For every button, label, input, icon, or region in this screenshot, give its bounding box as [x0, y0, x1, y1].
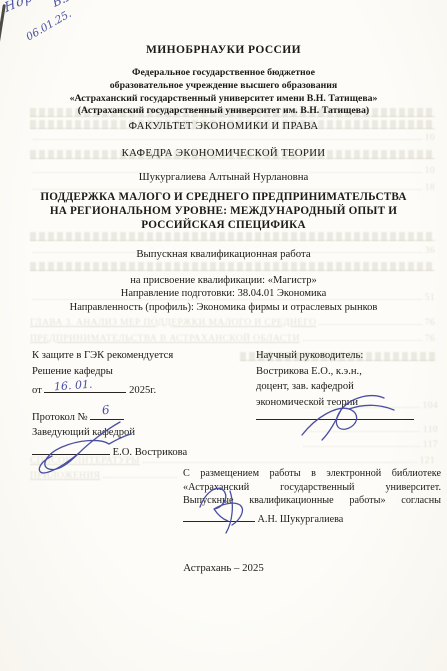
supervisor-signature — [286, 390, 406, 442]
institution-block: Федеральное государственное бюджетное об… — [0, 67, 447, 118]
dotted-leader — [319, 315, 421, 325]
ministry-heading: МИНОБРНАУКИ РОССИИ — [0, 44, 447, 56]
supervisor-label: Научный руководитель: — [256, 348, 436, 364]
handwritten-date-value: 16. 01. — [54, 377, 93, 395]
approval-date-prefix: от — [32, 385, 42, 396]
handwritten-norm-control-note: Нормоконтроль В.М 06.01.25. — [2, 0, 136, 41]
author-name: Шукургалиева Алтынай Нурлановна — [0, 171, 447, 183]
qualification-line: на присвоение квалификации: «Магистр» — [0, 274, 447, 287]
bleedthrough-line: ГЛАВА 3. АНАЛИЗ МЕР ПОДДЕРЖКИ МАЛОГО И С… — [30, 315, 435, 328]
department-head-signature — [32, 416, 144, 474]
handwritten-date: 06.01.25. — [24, 0, 133, 43]
approval-date-blank: 16. 01. — [44, 379, 126, 393]
supervisor-line: Вострикова Е.О., к.э.н., — [256, 364, 436, 380]
bleedthrough-page: 110 — [423, 425, 438, 435]
qualification-block: на присвоение квалификации: «Магистр» На… — [0, 274, 447, 314]
bleedthrough-bar — [30, 232, 435, 241]
bleedthrough-page: 10 — [425, 133, 435, 143]
thesis-title-page: 10 10 18 36 51 ГЛАВА 3. АНАЛИЗ МЕР ПОДДЕ… — [0, 0, 447, 671]
spacer — [32, 399, 247, 406]
department-heading: КАФЕДРА ЭКОНОМИЧЕСКОЙ ТЕОРИИ — [0, 147, 447, 159]
bleedthrough-bar — [30, 262, 435, 271]
dotted-leader — [303, 331, 422, 341]
bleedthrough-line: ПРЕДПРИНИМАТЕЛЬСТВА В АСТРАХАНСКОЙ ОБЛАС… — [30, 331, 435, 344]
bleedthrough-text: ПРЕДПРИНИМАТЕЛЬСТВА В АСТРАХАНСКОЙ ОБЛАС… — [30, 334, 300, 344]
work-type: Выпускная квалификационная работа — [0, 248, 447, 260]
approval-recommend: К защите в ГЭК рекомендуется — [32, 348, 247, 364]
approval-date-suffix: 2025г. — [129, 385, 156, 396]
institution-line: образовательное учреждение высшего образ… — [0, 80, 447, 93]
bleedthrough-text: ГЛАВА 3. АНАЛИЗ МЕР ПОДДЕРЖКИ МАЛОГО И С… — [30, 318, 316, 328]
bleedthrough-page: 117 — [423, 440, 438, 450]
institution-line: (Астраханский государственный университе… — [0, 105, 447, 118]
qualification-line: Направление подготовки: 38.04.01 Экономи… — [0, 287, 447, 300]
institution-line: Федеральное государственное бюджетное — [0, 67, 447, 80]
thesis-title: ПОДДЕРЖКА МАЛОГО И СРЕДНЕГО ПРЕДПРИНИМАТ… — [0, 190, 447, 232]
bleedthrough-page: 121 — [420, 456, 435, 466]
bleedthrough-page: 76 — [425, 318, 435, 328]
student-signature — [192, 477, 262, 535]
qualification-line: Направленность (профиль): Экономика фирм… — [0, 301, 447, 314]
institution-line: «Астраханский государственный университе… — [0, 93, 447, 106]
approval-decision: Решение кафедры — [32, 364, 247, 380]
thesis-title-line: РОССИЙСКАЯ СПЕЦИФИКА — [0, 218, 447, 232]
faculty-heading: ФАКУЛЬТЕТ ЭКОНОМИКИ И ПРАВА — [0, 120, 447, 132]
thesis-title-line: ПОДДЕРЖКА МАЛОГО И СРЕДНЕГО ПРЕДПРИНИМАТ… — [0, 190, 447, 204]
thesis-title-line: НА РЕГИОНАЛЬНОМ УРОВНЕ: МЕЖДУНАРОДНЫЙ ОП… — [0, 204, 447, 218]
approval-date-line: от 16. 01. 2025г. — [32, 379, 247, 399]
consent-signer-name: А.Н. Шукургалиева — [258, 514, 344, 525]
city-year: Астрахань – 2025 — [0, 562, 447, 574]
bleedthrough-page: 76 — [425, 334, 435, 344]
